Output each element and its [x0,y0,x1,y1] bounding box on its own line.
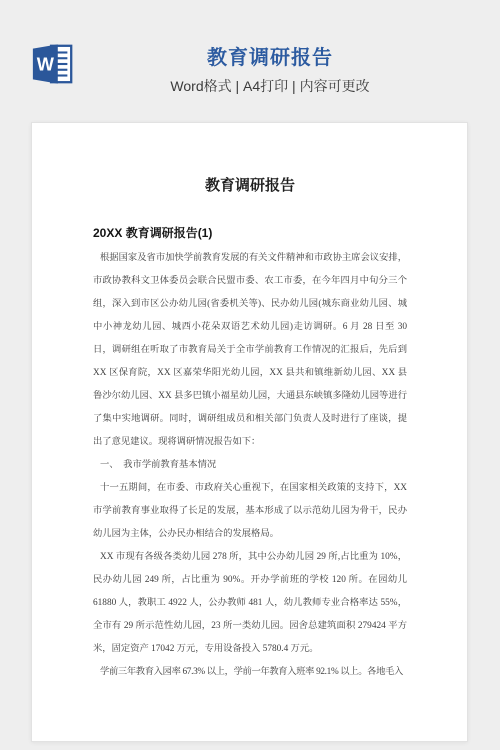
page-title: 教育调研报告 [40,45,500,71]
document-content: 教育调研报告 20XX 教育调研报告(1) 根据国家及省市加快学前教育发展的有关… [32,123,467,684]
doc-paragraph: 根据国家及省市加快学前教育发展的有关文件精神和市政协主席会议安排，市政协教科文卫… [93,247,407,454]
document-page-preview: 教育调研报告 20XX 教育调研报告(1) 根据国家及省市加快学前教育发展的有关… [31,122,468,742]
doc-paragraph: 学前三年教育入园率 67.3% 以上，学前一年教育入班率 92.1% 以上。各地… [93,661,407,684]
doc-paragraph: 十一五期间，在市委、市政府关心重视下，在国家相关政策的支持下，XX 市学前教育事… [93,477,407,546]
document-heading: 20XX 教育调研报告(1) [93,225,407,241]
doc-paragraph: XX 市现有各级各类幼儿园 278 所，其中公办幼儿园 29 所,占比重为 10… [93,546,407,661]
header: W 教育调研报告 Word格式 | A4打印 | 内容可更改 [0,0,500,122]
page-subtitle: Word格式 | A4打印 | 内容可更改 [40,77,500,95]
header-text-block: 教育调研报告 Word格式 | A4打印 | 内容可更改 [40,45,500,95]
document-title: 教育调研报告 [93,177,407,195]
template-preview-page: W 教育调研报告 Word格式 | A4打印 | 内容可更改 教育调研报告 20… [0,0,500,750]
document-body: 根据国家及省市加快学前教育发展的有关文件精神和市政协主席会议安排，市政协教科文卫… [93,247,407,684]
doc-paragraph: 一、 我市学前教育基本情况 [93,454,407,477]
